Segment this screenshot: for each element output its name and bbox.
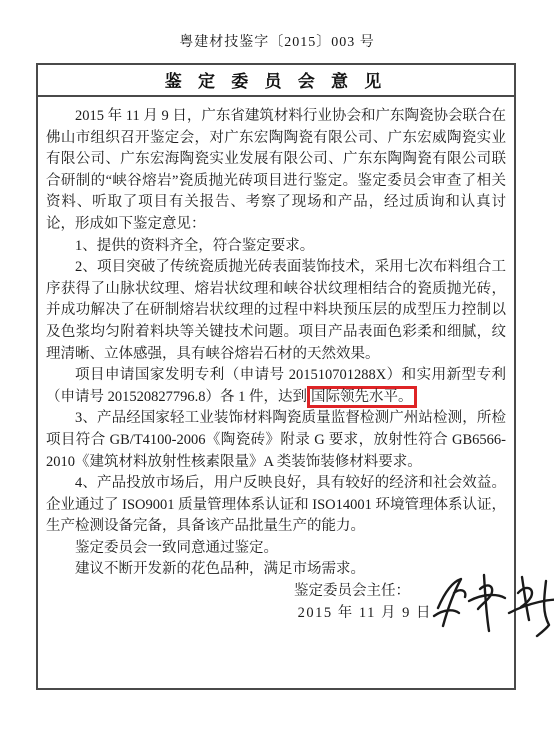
paragraph-item-3: 3、产品经国家轻工业装饰材料陶瓷质量监督检测广州站检测，所检项目符合 GB/T4… [46,408,506,473]
red-annotation-box: 国际领先水平。 [307,386,417,408]
paragraph-patent: 项目申请国家发明专利（申请号 201510701288X）和实用新型专利（申请号… [46,365,506,408]
date-line: 2015 年 11 月 9 日 [46,603,506,625]
paragraph-item-2: 2、项目突破了传统瓷质抛光砖表面装饰技术，采用七次布料组合工序获得了山脉状纹理、… [46,257,506,365]
opinion-box: 鉴 定 委 员 会 意 见 2015 年 11 月 9 日，广东省建筑材料行业协… [36,63,516,690]
document-title: 鉴 定 委 员 会 意 见 [38,65,514,97]
paragraph-suggestion: 建议不断开发新的花色品种，满足市场需求。 [46,559,506,581]
paragraph-intro: 2015 年 11 月 9 日，广东省建筑材料行业协会和广东陶瓷协会联合在佛山市… [46,106,506,236]
paragraph-item-4: 4、产品投放市场后，用户反映良好，具有较好的经济和社会效益。企业通过了 ISO9… [46,473,506,538]
document-number: 粤建材技鉴字〔2015〕003 号 [0,31,554,51]
signature-label: 鉴定委员会主任： [294,583,410,599]
patent-statement-text: 项目申请国家发明专利（申请号 201510701288X）和实用新型专利（申请号… [46,367,506,405]
paragraph-conclusion: 鉴定委员会一致同意通过鉴定。 [46,538,506,560]
document-body: 2015 年 11 月 9 日，广东省建筑材料行业协会和广东陶瓷协会联合在佛山市… [38,97,514,624]
signature-row: 鉴定委员会主任： [46,581,506,603]
paragraph-item-1: 1、提供的资料齐全，符合鉴定要求。 [46,236,506,258]
scanned-document-page: 粤建材技鉴字〔2015〕003 号 鉴 定 委 员 会 意 见 2015 年 1… [0,0,554,733]
